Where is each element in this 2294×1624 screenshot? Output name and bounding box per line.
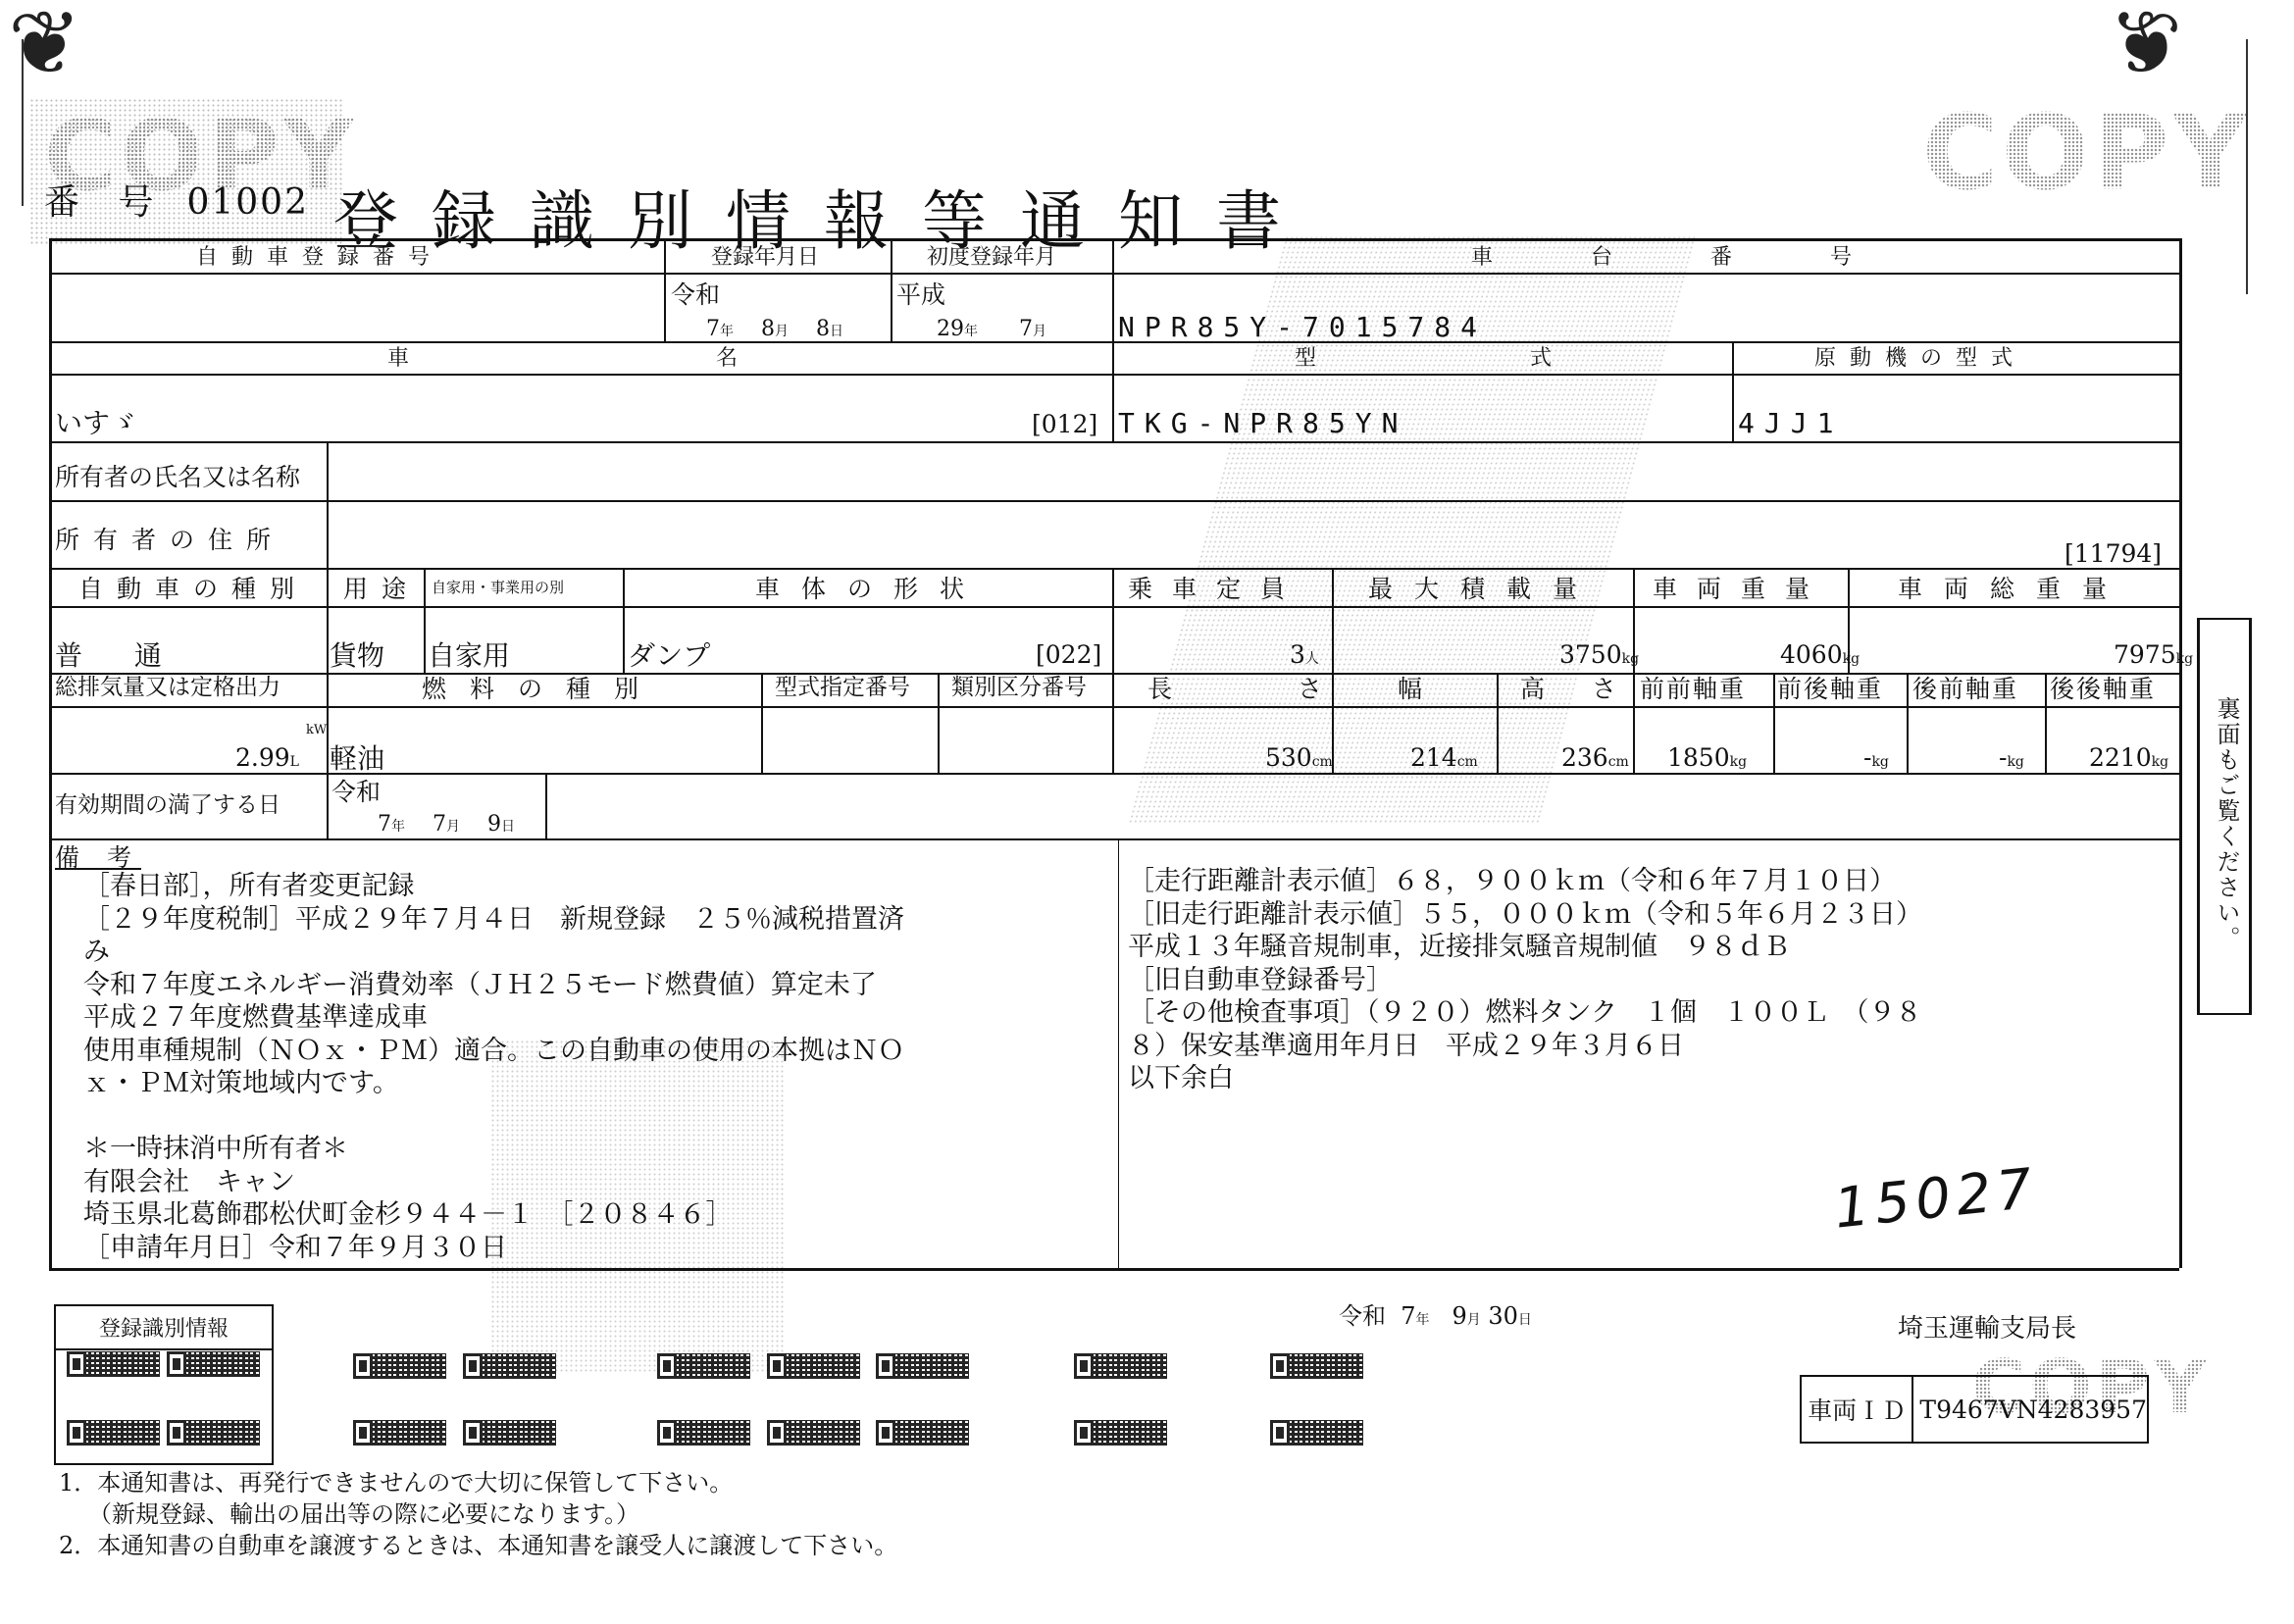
grid-line bbox=[1112, 238, 1114, 341]
fuel-value: 軽油 bbox=[330, 745, 384, 773]
grid-line bbox=[49, 238, 52, 1268]
remark-line: 使用車種規制（ＮＯｘ・ＰＭ）適合。この自動車の使用の本拠はＮＯ bbox=[83, 1038, 904, 1064]
grid-line bbox=[49, 341, 2179, 343]
body-shape-label: 車体の形状 bbox=[755, 577, 986, 601]
ff-axle-value: 1850kg bbox=[1667, 745, 1747, 770]
max-load-value: 3750kg bbox=[1559, 642, 1639, 667]
reg-date-era: 令和 bbox=[671, 282, 720, 307]
vehicle-id-value: T9467VN4283957 bbox=[1913, 1377, 2147, 1442]
chassis-label: 車台番号 bbox=[1471, 247, 1950, 269]
qr-code-icon bbox=[463, 1353, 556, 1379]
use-value: 貨物 bbox=[330, 642, 384, 670]
displacement-unit-kw: kW bbox=[306, 724, 327, 736]
grid-line bbox=[49, 1268, 2179, 1271]
grid-line bbox=[761, 673, 763, 773]
remark-line: ［２９年度税制］平成２９年７月４日 新規登録 ２５％減税措置済 bbox=[83, 906, 904, 933]
side-note-box: 裏面もご覧ください。 bbox=[2197, 618, 2252, 1015]
remark-line: 有限会社 キャン bbox=[83, 1169, 295, 1195]
grid-line bbox=[1732, 341, 1734, 441]
ff-axle-label: 前前軸重 bbox=[1640, 677, 1746, 701]
remark-line: ［旧走行距離計表示値］５５，０００ｋｍ（令和５年６月２３日） bbox=[1128, 901, 1922, 928]
grid-line bbox=[49, 374, 2179, 376]
grid-line bbox=[1112, 673, 1114, 773]
grid-line bbox=[2179, 238, 2182, 1268]
engine-model-label: 原動機の型式 bbox=[1814, 348, 2026, 370]
fuel-label: 燃料の種別 bbox=[422, 677, 662, 701]
grid-line bbox=[1773, 673, 1775, 773]
model-label-1: 型 bbox=[1295, 348, 1316, 370]
grid-line bbox=[49, 706, 2179, 708]
qr-code-icon bbox=[167, 1351, 260, 1377]
rr-axle-value: 2210kg bbox=[2089, 745, 2168, 770]
remarks-label: 備 考 bbox=[55, 845, 141, 870]
first-reg-era: 平成 bbox=[896, 282, 945, 307]
weight-label: 車両重量 bbox=[1653, 577, 1829, 601]
grid-line bbox=[49, 238, 2179, 241]
vehicle-model: TKG-NPR85YN bbox=[1118, 410, 1407, 437]
chassis-number: NPR85Y-7015784 bbox=[1118, 314, 1487, 341]
side-note: 裏面もご覧ください。 bbox=[2210, 696, 2244, 951]
remark-line: み bbox=[83, 939, 110, 965]
weight-value: 4060kg bbox=[1780, 642, 1860, 667]
grid-line bbox=[1112, 568, 1114, 673]
max-load-label: 最大積載量 bbox=[1368, 577, 1599, 601]
length-label: 長 さ bbox=[1147, 677, 1381, 701]
qr-code-icon bbox=[1270, 1420, 1363, 1446]
displacement-value: 2.99L bbox=[235, 745, 299, 770]
qr-code-icon bbox=[67, 1351, 160, 1377]
ornament-right-border bbox=[2246, 39, 2248, 294]
reg-date-value: 7年 8月 8日 bbox=[706, 319, 843, 340]
owner-name-label: 所有者の氏名又は名称 bbox=[55, 465, 300, 489]
model-label-2: 式 bbox=[1530, 348, 1552, 370]
qr-code-icon bbox=[657, 1420, 750, 1446]
grid-line bbox=[327, 441, 329, 568]
capacity-value: 3人 bbox=[1290, 642, 1319, 667]
qr-code-icon bbox=[353, 1420, 446, 1446]
rf-axle-label: 後前軸重 bbox=[1912, 677, 2018, 701]
grid-line bbox=[1497, 673, 1499, 773]
footer-note: 2．本通知書の自動車を譲渡するときは、本通知書を譲受人に譲渡して下さい。 bbox=[59, 1534, 897, 1557]
vehicle-name-label-2: 名 bbox=[716, 348, 738, 370]
qr-code-icon bbox=[1270, 1353, 1363, 1379]
engine-model: 4JJ1 bbox=[1738, 410, 1843, 437]
remark-line: 以下余白 bbox=[1128, 1065, 1234, 1091]
remark-line: ｘ・ＰＭ対策地域内です。 bbox=[83, 1070, 399, 1096]
remark-line: 平成１３年騒音規制車，近接排気騒音規制値 ９８ｄＢ bbox=[1128, 934, 1790, 960]
remark-line: ［その他検査事項］（９２０）燃料タンク １個 １００Ｌ （９８ bbox=[1128, 999, 1921, 1026]
ornament-left-border bbox=[22, 39, 24, 206]
id-info-label: 登録識別情報 bbox=[56, 1306, 272, 1350]
capacity-label: 乗車定員 bbox=[1128, 577, 1304, 601]
grid-line bbox=[49, 500, 327, 502]
grid-line bbox=[1907, 673, 1909, 773]
grid-line bbox=[938, 673, 940, 773]
remark-line: ＊一時抹消中所有者＊ bbox=[83, 1136, 348, 1162]
qr-code-icon bbox=[67, 1420, 160, 1446]
height-value: 236cm bbox=[1561, 745, 1629, 770]
grid-line bbox=[49, 568, 2179, 570]
owner-address-code: [11794] bbox=[2065, 541, 2162, 566]
issue-date: 令和 7年 9月 30日 bbox=[1339, 1304, 1532, 1328]
remark-line: ８）保安基準適用年月日 平成２９年３月６日 bbox=[1128, 1033, 1684, 1059]
width-value: 214cm bbox=[1410, 745, 1478, 770]
remark-line: ［申請年月日］令和７年９月３０日 bbox=[83, 1235, 507, 1261]
expiry-date: 7年 7月 9日 bbox=[378, 814, 515, 836]
qr-code-icon bbox=[1074, 1353, 1167, 1379]
owner-address-label: 所有者の住所 bbox=[55, 528, 284, 552]
ornament-top-left-icon: ❦ bbox=[8, 0, 81, 88]
vehicle-maker: いすゞ bbox=[55, 410, 137, 437]
remark-line: ［春日部］，所有者変更記録 bbox=[83, 873, 415, 899]
vehicle-maker-code: [012] bbox=[1032, 412, 1097, 436]
qr-code-icon bbox=[876, 1353, 969, 1379]
grid-line bbox=[891, 238, 892, 341]
fr-axle-value: -kg bbox=[1863, 745, 1889, 770]
qr-code-icon bbox=[463, 1420, 556, 1446]
kind-value: 普 通 bbox=[55, 642, 183, 670]
grid-line bbox=[623, 568, 625, 673]
handwritten-number: 15027 bbox=[1831, 1156, 2041, 1241]
qr-code-icon bbox=[167, 1420, 260, 1446]
private-business-label: 自家用・事業用の別 bbox=[432, 581, 564, 595]
type-designation-label: 型式指定番号 bbox=[775, 677, 910, 699]
remark-line: 平成２７年度燃費基準達成車 bbox=[83, 1004, 428, 1031]
grid-line bbox=[1118, 838, 1119, 1268]
displacement-label: 総排気量又は定格出力 bbox=[55, 677, 280, 699]
grid-line bbox=[49, 838, 2179, 840]
gross-weight-label: 車両総重量 bbox=[1898, 577, 2128, 601]
grid-line bbox=[424, 568, 426, 673]
reg-number-label: 自動車登録番号 bbox=[196, 247, 443, 269]
qr-code-icon bbox=[767, 1420, 860, 1446]
qr-code-icon bbox=[657, 1353, 750, 1379]
grid-line bbox=[49, 441, 2179, 443]
grid-line bbox=[664, 238, 666, 341]
first-reg-value: 29年 7月 bbox=[937, 319, 1046, 340]
grid-line bbox=[49, 606, 2179, 608]
grid-line bbox=[49, 273, 2179, 275]
vehicle-id-box: 車両ＩＤ T9467VN4283957 bbox=[1800, 1375, 2149, 1444]
copy-watermark-right: COPY bbox=[1922, 93, 2251, 213]
use-label: 用途 bbox=[343, 577, 420, 601]
fr-axle-label: 前後軸重 bbox=[1777, 677, 1883, 701]
grid-line bbox=[327, 773, 329, 838]
remark-line: 埼玉県北葛飾郡松伏町金杉９４４－１ ［２０８４６］ bbox=[83, 1201, 733, 1228]
height-label: 高 さ bbox=[1520, 677, 1636, 701]
remark-line: 令和７年度エネルギー消費効率（ＪＨ２５モード燃費値）算定未了 bbox=[83, 972, 877, 998]
remark-line: ［走行距離計表示値］６８，９００ｋｍ（令和６年７月１０日） bbox=[1128, 868, 1896, 894]
vehicle-id-label: 車両ＩＤ bbox=[1802, 1377, 1913, 1442]
private-business-value: 自家用 bbox=[428, 642, 510, 670]
document-number-label: 番 号 bbox=[44, 182, 167, 223]
reg-date-label: 登録年月日 bbox=[711, 247, 819, 269]
width-label: 幅 bbox=[1398, 677, 1422, 701]
grid-line bbox=[1332, 568, 1334, 673]
grid-line bbox=[545, 773, 547, 838]
length-value: 530cm bbox=[1265, 745, 1333, 770]
body-shape-value: ダンプ bbox=[628, 642, 710, 670]
footer-note: 1．本通知書は、再発行できませんので大切に保管して下さい。 bbox=[59, 1471, 733, 1495]
qr-code-icon bbox=[876, 1420, 969, 1446]
expiry-label: 有効期間の満了する日 bbox=[55, 794, 280, 817]
body-shape-code: [022] bbox=[1036, 642, 1101, 667]
kind-label: 自動車の種別 bbox=[78, 577, 308, 601]
grid-line bbox=[327, 568, 329, 673]
class-number-label: 類別区分番号 bbox=[951, 677, 1087, 699]
qr-code-icon bbox=[767, 1353, 860, 1379]
rf-axle-value: -kg bbox=[1999, 745, 2024, 770]
footer-note: （新規登録、輸出の届出等の際に必要になります。） bbox=[88, 1502, 639, 1526]
expiry-era: 令和 bbox=[331, 780, 381, 804]
issuer: 埼玉運輸支局長 bbox=[1898, 1316, 2076, 1342]
document-number: 番 号01002 bbox=[44, 175, 309, 225]
grid-line bbox=[1112, 341, 1114, 441]
grid-line bbox=[327, 500, 2179, 502]
vehicle-name-label-1: 車 bbox=[387, 348, 409, 370]
remark-line: ［旧自動車登録番号］ bbox=[1128, 967, 1393, 993]
qr-code-icon bbox=[1074, 1420, 1167, 1446]
document-number-value: 01002 bbox=[186, 182, 309, 223]
grid-line bbox=[2045, 673, 2047, 773]
rr-axle-label: 後後軸重 bbox=[2050, 677, 2156, 701]
ornament-top-right-icon: ❦ bbox=[2109, 0, 2182, 88]
page-title: 登録識別情報等通知書 bbox=[333, 169, 1314, 262]
first-reg-label: 初度登録年月 bbox=[927, 247, 1056, 269]
gross-weight-value: 7975kg bbox=[2114, 642, 2193, 667]
grid-line bbox=[327, 673, 329, 773]
qr-code-icon bbox=[353, 1353, 446, 1379]
